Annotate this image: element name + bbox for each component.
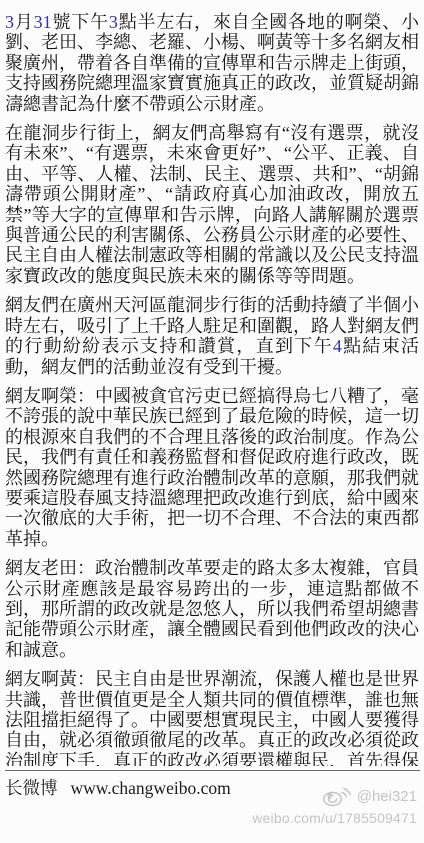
- changweibo-url: www.changweibo.com: [71, 778, 231, 798]
- watermark-profile-url: weibo.com/u/1785509471: [252, 810, 417, 826]
- highlighted-number: 4: [333, 336, 342, 356]
- paragraph-netizen-ahuang: 網友啊黃：民主自由是世界潮流，保護人權也是世界共識，普世價值更是全人類共同的價值…: [5, 669, 419, 766]
- weibo-watermark: @hei321 weibo.com/u/1785509471: [252, 786, 417, 826]
- long-weibo-image: { "page": { "colors": { "background": "#…: [0, 0, 424, 843]
- paragraph-netizen-laotian: 網友老田：政治體制改革要走的路太多太複雜，官員公示財產應該是最容易跨出的一步，連…: [5, 558, 419, 660]
- text-segment: 網友老田：政治體制改革要走的路太多太複雜，官員公示財產應該是最容易跨出的一步，連…: [5, 558, 419, 660]
- highlighted-number: 31: [34, 12, 52, 32]
- highlighted-number: 3: [5, 12, 14, 32]
- text-segment: 號下午: [52, 12, 109, 32]
- text-segment: 在龍洞步行街上，網友們高舉寫有“沒有選票，就沒有未來”、“有選票，未來會更好”、…: [5, 123, 419, 286]
- paragraph-netizen-arong: 網友啊榮：中國被貪官污吏已經搞得烏七八糟了，毫不誇張的說中華民族已經到了最危險的…: [5, 386, 419, 549]
- paragraph-intro: 3月31號下午3點半左右，來自全國各地的啊榮、小劉、老田、李總、老羅、小楊、啊黃…: [5, 12, 419, 114]
- watermark-username: @hei321: [357, 788, 417, 805]
- paragraph-street-banners: 在龍洞步行街上，網友們高舉寫有“沒有選票，就沒有未來”、“有選票，未來會更好”、…: [5, 123, 419, 286]
- article-body: 3月31號下午3點半左右，來自全國各地的啊榮、小劉、老田、李總、老羅、小楊、啊黃…: [5, 12, 419, 766]
- text-segment: 月: [14, 12, 34, 32]
- footer-divider: [5, 770, 420, 771]
- highlighted-number: 3: [109, 12, 118, 32]
- paragraph-activity-summary: 網友們在廣州天河區龍洞步行街的活動持續了半個小時左右，吸引了上千路人駐足和圍觀，…: [5, 295, 419, 377]
- changweibo-brand: 长微博: [5, 778, 58, 798]
- text-segment: 網友啊榮：中國被貪官污吏已經搞得烏七八糟了，毫不誇張的說中華民族已經到了最危險的…: [5, 386, 419, 549]
- text-segment: 網友啊黃：民主自由是世界潮流，保護人權也是世界共識，普世價值更是全人類共同的價值…: [5, 669, 419, 766]
- footer: 长微博www.changweibo.com: [5, 775, 231, 800]
- weibo-logo-icon: [322, 786, 352, 807]
